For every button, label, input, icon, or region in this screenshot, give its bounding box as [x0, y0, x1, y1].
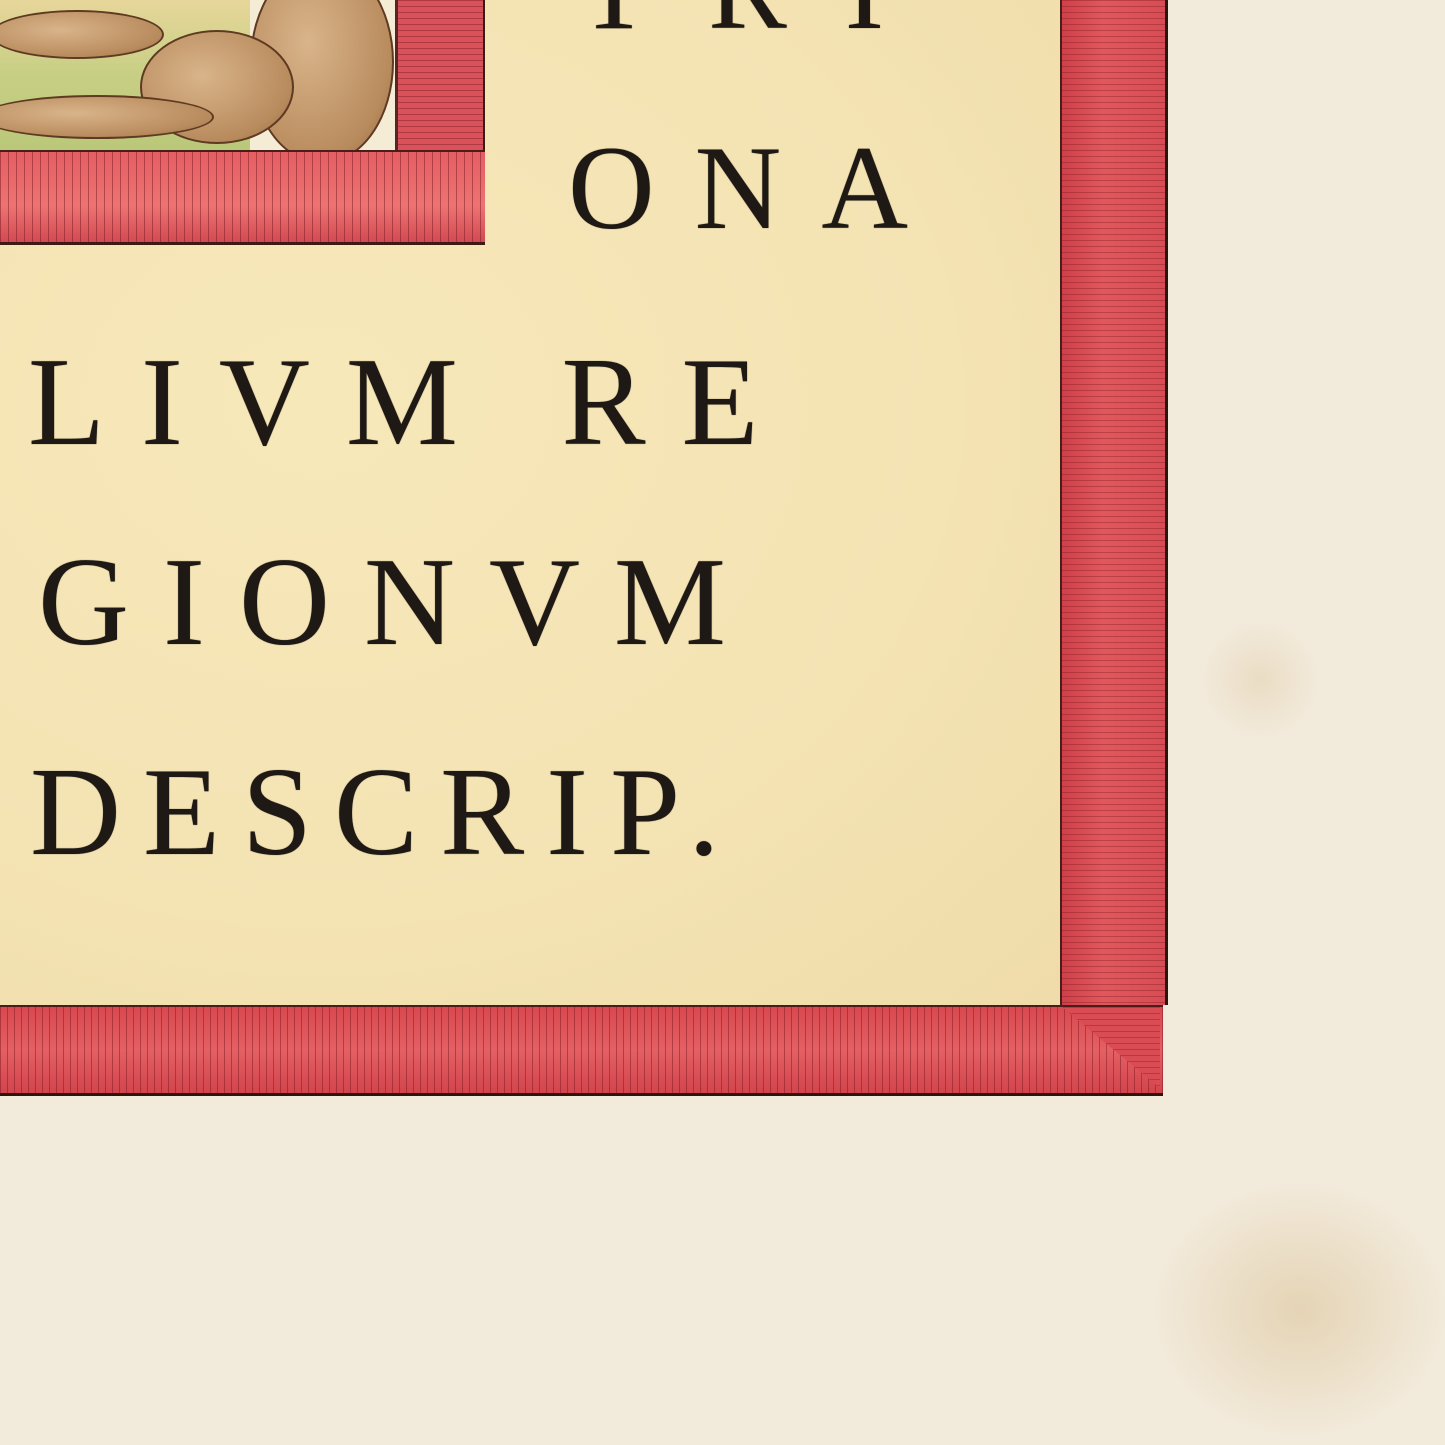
title-line-1: TRI — [578, 0, 942, 48]
illustration-box — [0, 0, 485, 245]
title-line-4: GIONVM — [38, 540, 760, 666]
title-line-3: LIVM RE — [28, 340, 794, 466]
paper-stain — [1150, 1180, 1445, 1440]
frame-border-right — [1060, 0, 1168, 1005]
paper-stain — [1200, 620, 1320, 740]
frame-border-bottom — [0, 1005, 1163, 1096]
title-line-5: DESCRIP. — [30, 750, 742, 876]
illustration-frame-bottom — [0, 150, 485, 245]
title-line-2: ONA — [568, 128, 948, 248]
